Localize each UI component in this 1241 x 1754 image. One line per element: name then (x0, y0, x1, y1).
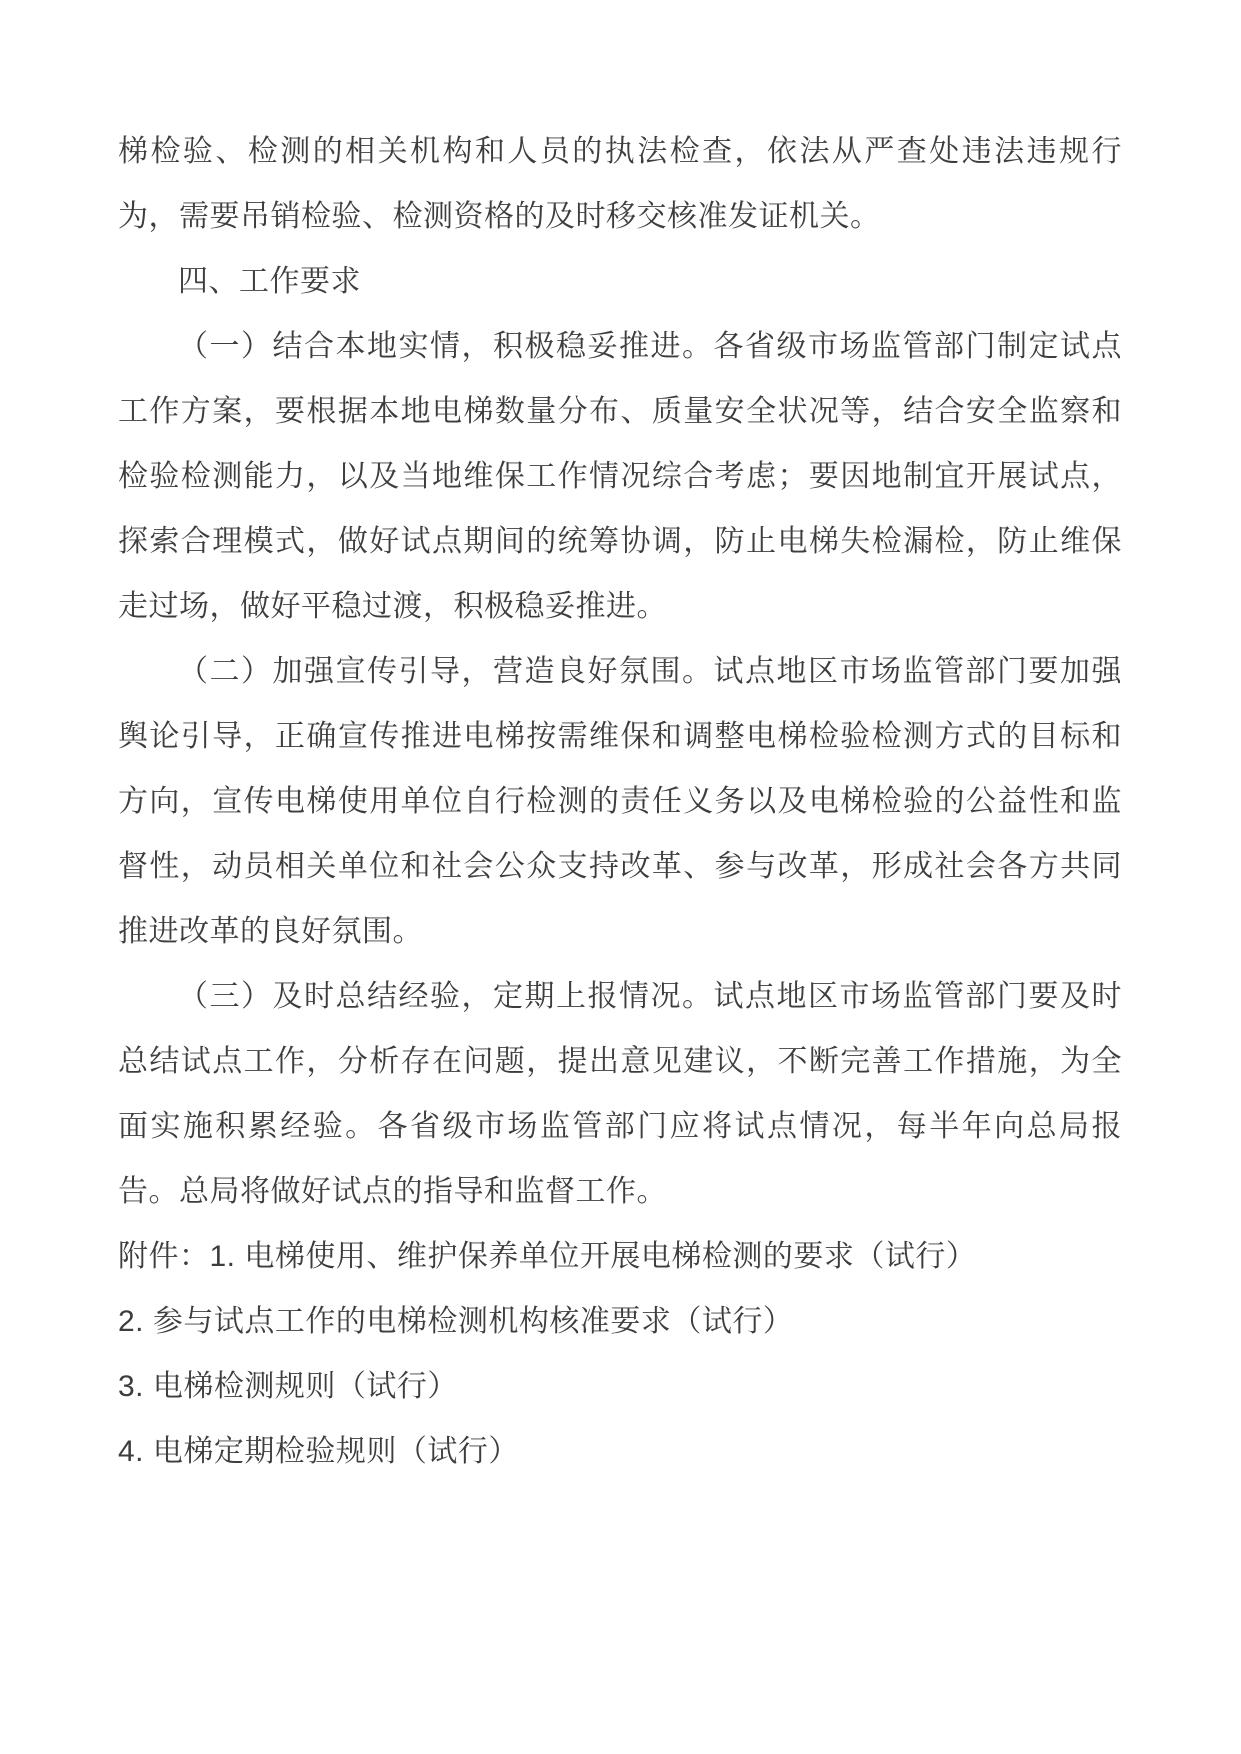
attachment-item-4: 4. 电梯定期检验规则（试行） (118, 1419, 1122, 1484)
paragraph-continuation: 梯检验、检测的相关机构和人员的执法检查，依法从严查处违法违规行为，需要吊销检验、… (118, 119, 1122, 249)
attachment-item-2: 2. 参与试点工作的电梯检测机构核准要求（试行） (118, 1289, 1122, 1354)
paragraph-item-two: （二）加强宣传引导，营造良好氛围。试点地区市场监管部门要加强舆论引导，正确宣传推… (118, 639, 1122, 964)
document-page: 梯检验、检测的相关机构和人员的执法检查，依法从严查处违法违规行为，需要吊销检验、… (0, 0, 1241, 1754)
document-body: 梯检验、检测的相关机构和人员的执法检查，依法从严查处违法违规行为，需要吊销检验、… (118, 119, 1122, 1484)
attachments-label-and-item-1: 附件：1. 电梯使用、维护保养单位开展电梯检测的要求（试行） (118, 1224, 1122, 1289)
attachments-list: 附件：1. 电梯使用、维护保养单位开展电梯检测的要求（试行） 2. 参与试点工作… (118, 1224, 1122, 1484)
attachment-item-3: 3. 电梯检测规则（试行） (118, 1354, 1122, 1419)
paragraph-item-three: （三）及时总结经验，定期上报情况。试点地区市场监管部门要及时总结试点工作，分析存… (118, 964, 1122, 1224)
section-heading-work-requirements: 四、工作要求 (118, 249, 1122, 314)
paragraph-item-one: （一）结合本地实情，积极稳妥推进。各省级市场监管部门制定试点工作方案，要根据本地… (118, 314, 1122, 639)
